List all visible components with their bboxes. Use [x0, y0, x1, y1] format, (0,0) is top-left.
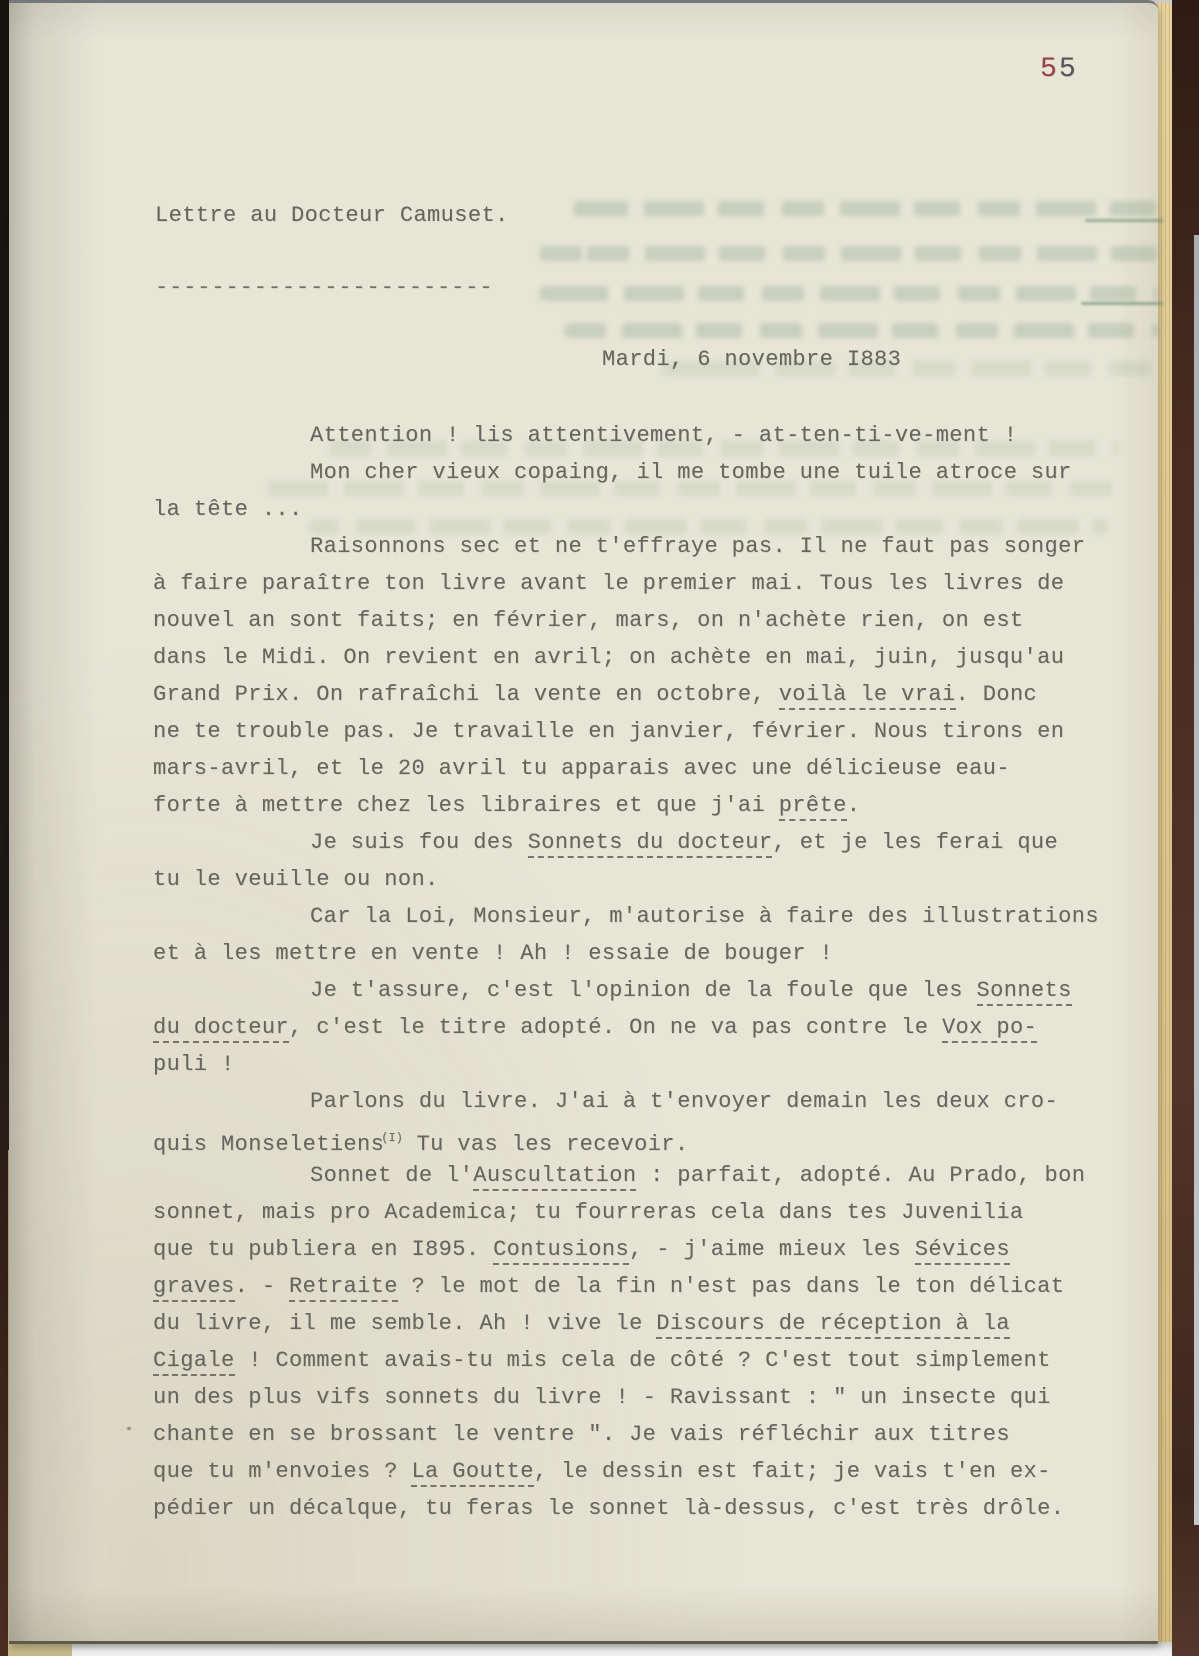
typed-text: Car la Loi, Monsieur, m'autorise à faire… [310, 904, 1099, 929]
typed-text: dans le Midi. On revient en avril; on ac… [153, 645, 1064, 670]
typed-text: forte à mettre chez les libraires et que… [153, 793, 779, 818]
underlined-text: Sonnets du docteur [528, 830, 773, 858]
typed-text: . Donc [956, 682, 1038, 707]
letter-line: du docteur, c'est le titre adopté. On ne… [153, 1009, 1153, 1046]
title-separator-dashes: ------------------------ [155, 269, 493, 306]
letter-line: forte à mettre chez les libraires et que… [153, 787, 1153, 824]
date-line: Mardi, 6 novembre I883 [602, 341, 901, 378]
underlined-text: Discours de réception à la [656, 1311, 1010, 1339]
typed-text: ! Comment avais-tu mis cela de côté ? C'… [235, 1348, 1051, 1373]
letter-line: Je t'assure, c'est l'opinion de la foule… [153, 972, 1153, 1009]
letter-line: que tu publiera en I895. Contusions, - j… [153, 1231, 1153, 1268]
typed-text: puli ! [153, 1052, 235, 1077]
typed-text: que tu publiera en I895. [153, 1237, 493, 1262]
typed-text: , - j'aime mieux les [629, 1237, 915, 1262]
typed-text: Tu vas les recevoir. [403, 1132, 689, 1157]
letter-line: Grand Prix. On rafraîchi la vente en oct… [153, 676, 1153, 713]
typed-text: la tête ... [153, 497, 303, 522]
underlined-text: Sévices [915, 1237, 1010, 1265]
underlined-text: graves [153, 1274, 235, 1302]
letter-line: Parlons du livre. J'ai à t'envoyer demai… [153, 1083, 1153, 1120]
footnote-marker: (I) [381, 1131, 403, 1145]
letter-line: dans le Midi. On revient en avril; on ac… [153, 639, 1153, 676]
book-spine-left [0, 0, 9, 1656]
underlined-text: Vox po- [942, 1015, 1037, 1043]
typed-text: Je suis fou des [310, 830, 528, 855]
letter-line: à faire paraître ton livre avant le prem… [153, 565, 1153, 602]
letter-page: 55 Lettre au Docteur Camuset. ----------… [9, 0, 1158, 1644]
typed-text: , c'est le titre adopté. On ne va pas co… [289, 1015, 942, 1040]
letter-body: Attention ! lis attentivement, - at-ten-… [153, 417, 1153, 1527]
typed-text: chante en se brossant le ventre ". Je va… [153, 1422, 1010, 1447]
typed-text: Parlons du livre. J'ai à t'envoyer demai… [310, 1089, 1058, 1114]
typed-text: mars-avril, et le 20 avril tu apparais a… [153, 756, 1010, 781]
underlined-text: du docteur [153, 1015, 289, 1043]
letter-line: du livre, il me semble. Ah ! vive le Dis… [153, 1305, 1153, 1342]
typed-text: . [847, 793, 861, 818]
letter-line: tu le veuille ou non. [153, 861, 1153, 898]
typed-text: que tu m'envoies ? [153, 1459, 411, 1484]
typed-text: Attention ! lis attentivement, - at-ten-… [310, 423, 1017, 448]
letter-line: Attention ! lis attentivement, - at-ten-… [153, 417, 1153, 454]
typed-text: à faire paraître ton livre avant le prem… [153, 571, 1064, 596]
underlined-text: prête [779, 793, 847, 821]
letter-line: graves. - Retraite ? le mot de la fin n'… [153, 1268, 1153, 1305]
underlined-text: La Goutte [411, 1459, 533, 1487]
scanned-book-page: 55 Lettre au Docteur Camuset. ----------… [0, 0, 1199, 1656]
bleed-through-line [564, 323, 1159, 338]
letter-line: et à les mettre en vente ! Ah ! essaie d… [153, 935, 1153, 972]
letter-line: mars-avril, et le 20 avril tu apparais a… [153, 750, 1153, 787]
typed-text: ne te trouble pas. Je travaille en janvi… [153, 719, 1064, 744]
typed-text: , le dessin est fait; je vais t'en ex- [534, 1459, 1051, 1484]
typed-text: , et je les ferai que [772, 830, 1058, 855]
typed-text: Grand Prix. On rafraîchi la vente en oct… [153, 682, 779, 707]
typed-text: du livre, il me semble. Ah ! vive le [153, 1311, 656, 1336]
bleed-through-line [539, 286, 1159, 301]
typed-text: Raisonnons sec et ne t'effraye pas. Il n… [310, 534, 1085, 559]
letter-line: sonnet, mais pro Academica; tu fourreras… [153, 1194, 1153, 1231]
typed-text: Mon cher vieux copaing, il me tombe une … [310, 460, 1072, 485]
bleed-through-line [559, 201, 1159, 216]
underlined-text: Retraite [289, 1274, 398, 1302]
letter-line: chante en se brossant le ventre ". Je va… [153, 1416, 1153, 1453]
typed-text: quis Monseletiens [153, 1132, 384, 1157]
letter-title: Lettre au Docteur Camuset. [155, 197, 509, 234]
typed-text: : parfait, adopté. Au Prado, bon [636, 1163, 1085, 1188]
typed-text: sonnet, mais pro Academica; tu fourreras… [153, 1200, 1024, 1225]
bleed-through-underline [1085, 219, 1163, 222]
typed-text: Je t'assure, c'est l'opinion de la foule… [310, 978, 977, 1003]
letter-line: pédier un décalque, tu feras le sonnet l… [153, 1490, 1153, 1527]
letter-line: la tête ... [153, 491, 1153, 528]
bleed-through-line [524, 246, 1159, 261]
letter-line: Car la Loi, Monsieur, m'autorise à faire… [153, 898, 1153, 935]
bleed-through-underline [1081, 302, 1163, 305]
underlined-text: Cigale [153, 1348, 235, 1376]
typed-text: . - [235, 1274, 289, 1299]
letter-line: un des plus vifs sonnets du livre ! - Ra… [153, 1379, 1153, 1416]
underlined-text: Auscultation [473, 1163, 636, 1191]
letter-line: puli ! [153, 1046, 1153, 1083]
typed-text: nouvel an sont faits; en février, mars, … [153, 608, 1024, 633]
letter-line: ne te trouble pas. Je travaille en janvi… [153, 713, 1153, 750]
underlined-text: voilà le vrai [779, 682, 956, 710]
typed-text: et à les mettre en vente ! Ah ! essaie d… [153, 941, 833, 966]
letter-line: Mon cher vieux copaing, il me tombe une … [153, 454, 1153, 491]
underlined-text: Contusions [493, 1237, 629, 1265]
underlined-text: Sonnets [977, 978, 1072, 1006]
page-number: 55 [1040, 53, 1078, 87]
background-sliver [1194, 235, 1199, 1525]
letter-line: Raisonnons sec et ne t'effraye pas. Il n… [153, 528, 1153, 565]
typed-text: tu le veuille ou non. [153, 867, 439, 892]
letter-line: Je suis fou des Sonnets du docteur, et j… [153, 824, 1153, 861]
typed-text: un des plus vifs sonnets du livre ! - Ra… [153, 1385, 1051, 1410]
letter-line: que tu m'envoies ? La Goutte, le dessin … [153, 1453, 1153, 1490]
letter-line: Cigale ! Comment avais-tu mis cela de cô… [153, 1342, 1153, 1379]
typed-text: pédier un décalque, tu feras le sonnet l… [153, 1496, 1064, 1521]
paper-speck [127, 1427, 131, 1430]
typed-text: ? le mot de la fin n'est pas dans le ton… [398, 1274, 1065, 1299]
letter-line: Sonnet de l'Auscultation : parfait, adop… [153, 1157, 1153, 1194]
letter-line: quis Monseletiens(I) Tu vas les recevoir… [153, 1120, 1153, 1157]
letter-line: nouvel an sont faits; en février, mars, … [153, 602, 1153, 639]
typed-text: Sonnet de l' [310, 1163, 473, 1188]
